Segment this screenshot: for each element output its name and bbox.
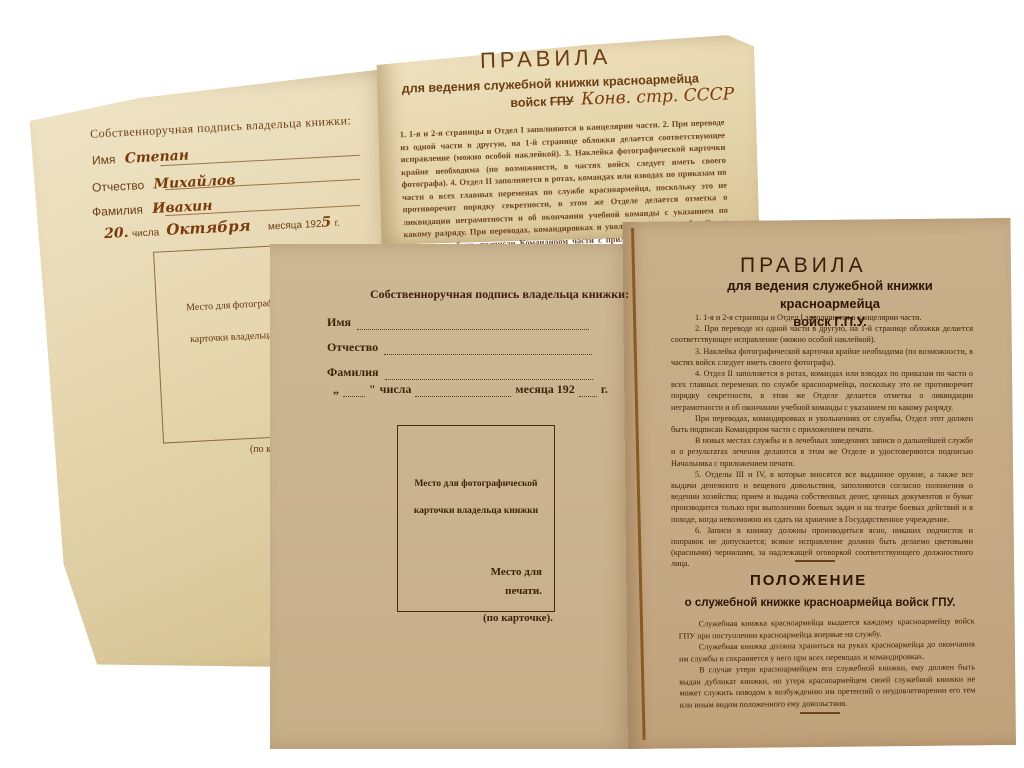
surname-line xyxy=(385,369,593,380)
rule-paragraph: 1. 1-я и 2-я страницы и Отдел I заполняю… xyxy=(671,312,973,323)
rule-paragraph: При переводах, командировках и увольнени… xyxy=(671,413,973,435)
field-name: Имя xyxy=(327,315,589,330)
regulation-paragraph: Служебная книжка красноармейца выдается … xyxy=(679,615,975,641)
divider xyxy=(795,560,835,562)
rules-body: 1. 1-я и 2-я страницы и Отдел I заполняю… xyxy=(671,312,973,570)
rule-paragraph: В новых местах службы и в лечебных завед… xyxy=(671,435,973,469)
photo-label: Место для фотографической xyxy=(398,479,554,489)
rules-title: ПРАВИЛА xyxy=(740,254,867,278)
month-line xyxy=(415,386,511,397)
old-crossed-gpu: ГПУ xyxy=(550,94,574,109)
day-line xyxy=(343,386,365,397)
regulation-subtitle: о служебной книжке красноармейца войск Г… xyxy=(670,597,970,609)
name-line xyxy=(357,319,589,330)
regulation-body: Служебная книжка красноармейца выдается … xyxy=(679,615,976,710)
old-rules-title: ПРАВИЛА xyxy=(480,44,612,74)
rule-paragraph: 4. Отдел II заполняется в ротах, команда… xyxy=(671,368,973,413)
signature-title: Собственноручная подпись владельца книжк… xyxy=(370,287,629,302)
card-note: (по карточке). xyxy=(483,612,553,624)
regulation-paragraph: Служебная книжка должна храниться на рук… xyxy=(679,638,975,664)
regulation-paragraph: В случае утери красноармейцем его служеб… xyxy=(679,661,975,710)
photo-box: Место для фотографической карточки владе… xyxy=(397,425,555,612)
patronymic-line xyxy=(384,344,592,355)
field-patronymic: Отчество xyxy=(327,340,592,355)
photo-label: карточки владельца книжки xyxy=(398,506,554,516)
rule-paragraph: 6. Записи в книжку должны производиться … xyxy=(671,525,973,570)
field-surname: Фамилия xyxy=(327,365,593,380)
year-line xyxy=(579,386,597,397)
stamp-label: Место для печати. xyxy=(491,563,542,601)
rule-paragraph: 3. Наклейка фотографической карточки кра… xyxy=(671,346,973,368)
rule-paragraph: 5. Отделы III и IV, в которые вносятся в… xyxy=(671,469,973,525)
date-row: „ " числа месяца 192 г. xyxy=(333,382,608,397)
rule-paragraph: 2. При переводе из одной части в другую,… xyxy=(671,323,973,345)
divider xyxy=(800,712,840,714)
regulation-title: ПОЛОЖЕНИЕ xyxy=(750,572,867,589)
